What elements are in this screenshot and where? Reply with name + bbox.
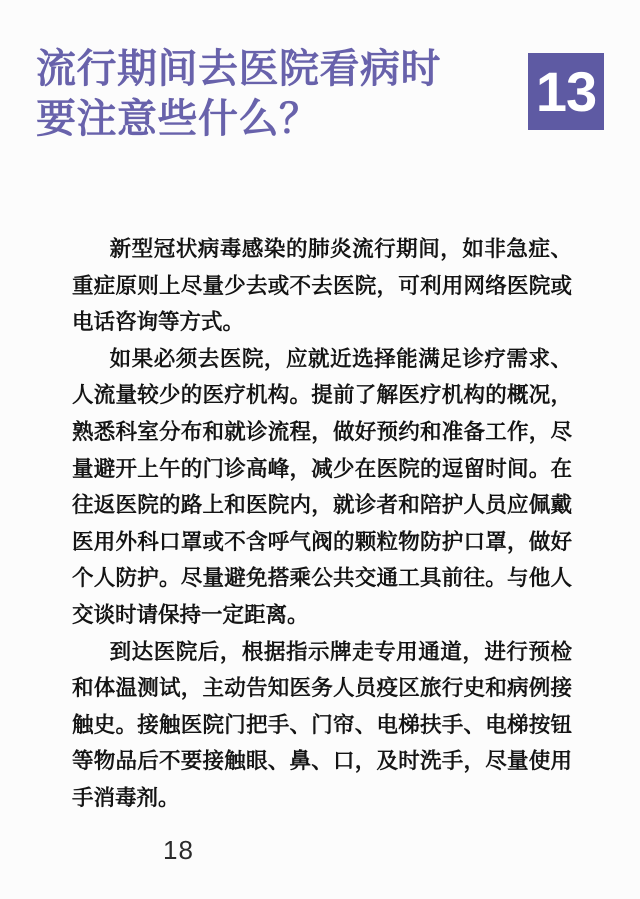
chapter-number-badge: 13 — [528, 53, 604, 130]
paragraph: 如果必须去医院，应就近选择能满足诊疗需求、人流量较少的医疗机构。提前了解医疗机构… — [72, 341, 572, 634]
page-title: 流行期间去医院看病时 要注意些什么？ — [36, 44, 506, 144]
document-page: 流行期间去医院看病时 要注意些什么？ 13 新型冠状病毒感染的肺炎流行期间，如非… — [0, 0, 640, 899]
paragraph: 到达医院后，根据指示牌走专用通道，进行预检和体温测试，主动告知医务人员疫区旅行史… — [72, 634, 572, 817]
page-number: 18 — [163, 835, 194, 866]
body-text: 新型冠状病毒感染的肺炎流行期间，如非急症、重症原则上尽量少去或不去医院，可利用网… — [72, 231, 572, 817]
page-title-line2: 要注意些什么？ — [36, 97, 320, 141]
paragraph: 新型冠状病毒感染的肺炎流行期间，如非急症、重症原则上尽量少去或不去医院，可利用网… — [72, 231, 572, 341]
chapter-number: 13 — [536, 59, 596, 124]
page-title-line1: 流行期间去医院看病时 — [36, 47, 441, 91]
